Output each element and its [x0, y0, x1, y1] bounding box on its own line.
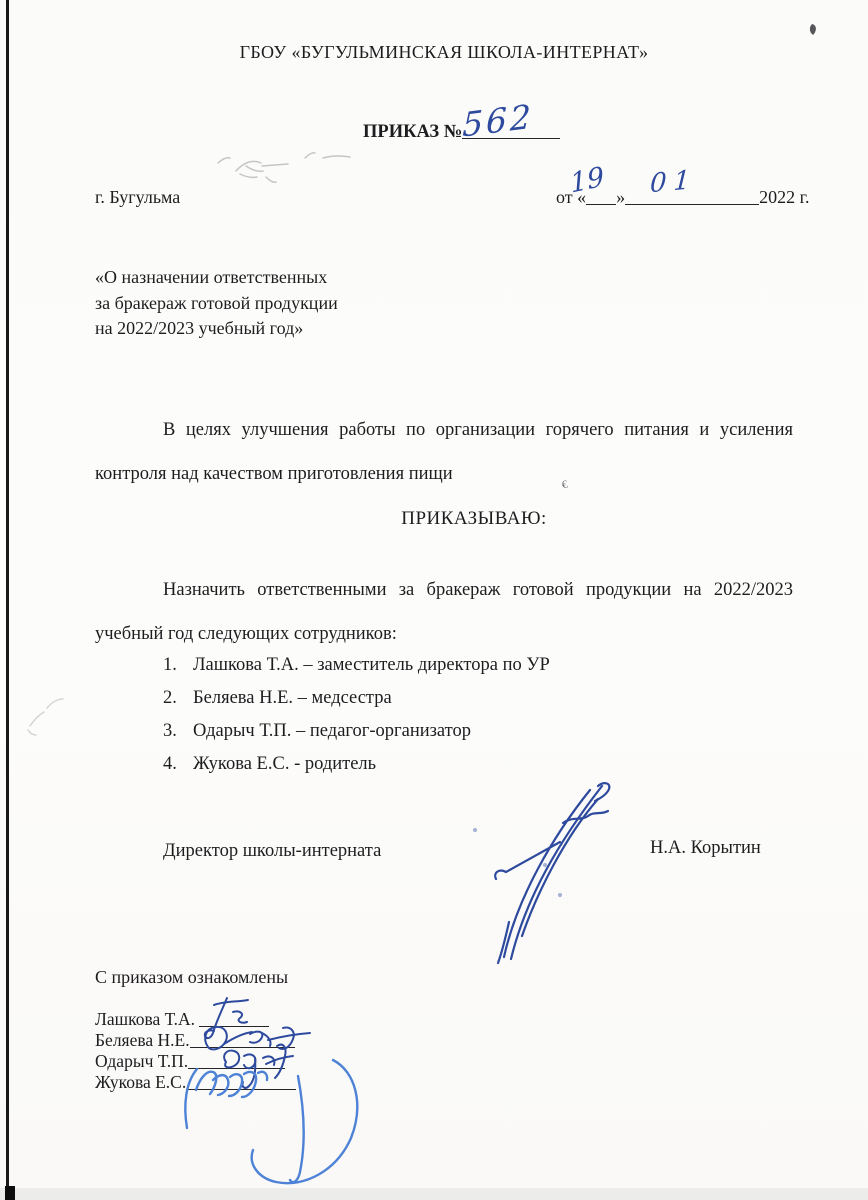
date-close-quote: »: [616, 187, 625, 207]
signer-row: Жукова Е.С.: [95, 1072, 296, 1093]
appointee-text: Жукова Е.С. - родитель: [193, 754, 376, 774]
appointee-marker: 3.: [163, 721, 193, 742]
order-label: ПРИКАЗ №: [363, 122, 462, 142]
pencil-mark-left: [28, 699, 63, 735]
appointee-row: 3.Одарыч Т.П. – педагог-организатор: [163, 721, 471, 742]
appointee-marker: 1.: [163, 655, 193, 676]
intro-line-2: контроля над качеством приготовления пищ…: [95, 464, 453, 485]
appointee-text: Одарыч Т.П. – педагог-организатор: [193, 721, 471, 741]
scanned-order-page: ГБОУ «БУГУЛЬМИНСКАЯ ШКОЛА-ИНТЕРНАТ» ПРИК…: [0, 0, 868, 1200]
signer-name: Одарыч Т.П.: [95, 1051, 188, 1071]
signer-row: Беляева Н.Е.: [95, 1030, 295, 1051]
director-title: Директор школы-интерната: [163, 841, 381, 862]
date-day-blank: [586, 204, 616, 205]
signature-line: [186, 1089, 296, 1090]
decree-word: ПРИКАЗЫВАЮ:: [125, 508, 823, 530]
signer-row: Одарыч Т.П.: [95, 1051, 285, 1072]
intro-line-1: В целях улучшения работы по организации …: [95, 420, 793, 441]
appointee-row: 2.Беляева Н.Е. – медсестра: [163, 688, 392, 709]
appointee-text: Беляева Н.Е. – медсестра: [193, 688, 392, 708]
appointee-marker: 4.: [163, 754, 193, 775]
appointee-marker: 2.: [163, 688, 193, 709]
date-month-blank: [625, 204, 759, 205]
signature-line: [199, 1026, 269, 1027]
subject-line-3: на 2022/2023 учебный год»: [95, 316, 338, 342]
scan-speck: [810, 24, 816, 35]
signature-line: [188, 1068, 285, 1069]
decree-line-1: Назначить ответственными за бракераж гот…: [95, 580, 793, 601]
signer-name: Жукова Е.С.: [95, 1072, 186, 1092]
appointee-row: 1.Лашкова Т.А. – заместитель директора п…: [163, 655, 550, 676]
signer-row: Лашкова Т.А.: [95, 1009, 269, 1030]
pencil-scribble: [218, 153, 350, 183]
date-year: 2022 г.: [759, 187, 809, 207]
appointee-text: Лашкова Т.А. – заместитель директора по …: [193, 655, 550, 675]
scan-corner-mark: [5, 1186, 15, 1200]
subject-line-2: за бракераж готовой продукции: [95, 291, 338, 317]
org-name: ГБОУ «БУГУЛЬМИНСКАЯ ШКОЛА-ИНТЕРНАТ»: [95, 42, 793, 63]
signer-name: Лашкова Т.А.: [95, 1009, 195, 1029]
signer-name: Беляева Н.Е.: [95, 1030, 190, 1050]
city: г. Бугульма: [95, 187, 180, 208]
stray-print-mark: €: [561, 479, 569, 492]
date-month-handwritten: 01: [649, 165, 698, 199]
subject-line-1: «О назначении ответственных: [95, 265, 338, 291]
director-signature: [474, 783, 609, 963]
subject-block: «О назначении ответственных за бракераж …: [95, 265, 338, 342]
appointee-row: 4.Жукова Е.С. - родитель: [163, 754, 376, 775]
scan-bottom-strip: [0, 1188, 868, 1200]
decree-line-2: учебный год следующих сотрудников:: [95, 624, 397, 645]
ack-heading: С приказом ознакомлены: [95, 967, 288, 988]
director-name: Н.А. Корытин: [650, 838, 761, 859]
scan-left-edge-line: [6, 0, 9, 1187]
signature-line: [190, 1047, 295, 1048]
